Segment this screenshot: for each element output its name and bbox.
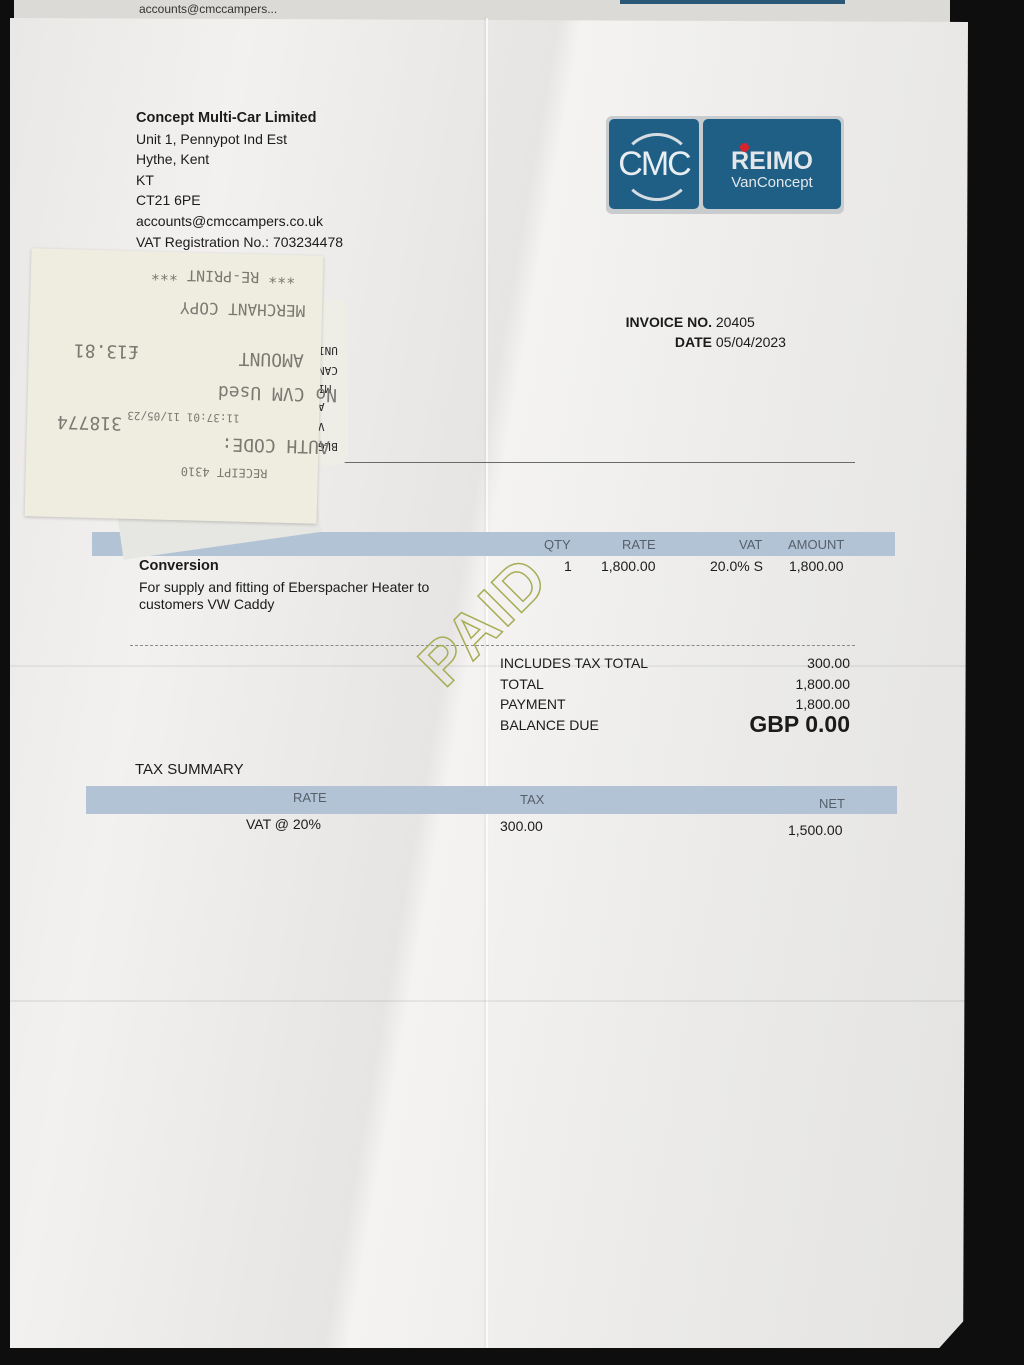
- includes-tax-value: 300.00: [807, 655, 850, 671]
- back-sheet-logo-edge: [620, 0, 845, 4]
- total-label: TOTAL: [500, 676, 544, 692]
- company-block: Concept Multi-Car Limited Unit 1, Pennyp…: [136, 108, 343, 252]
- header-vat: VAT: [739, 537, 762, 552]
- company-name: Concept Multi-Car Limited: [136, 108, 343, 129]
- divider-line: [340, 462, 855, 463]
- receipt-amount-label: AMOUNT: [238, 348, 304, 371]
- balance-value: GBP 0.00: [749, 711, 850, 738]
- tax-summary-header: RATE TAX NET: [86, 786, 897, 814]
- fold-crease-vertical: [486, 18, 488, 1348]
- item-title: Conversion: [139, 558, 219, 574]
- side-slip-line-4: CAN: [318, 364, 338, 377]
- tax-summary-title: TAX SUMMARY: [135, 761, 244, 778]
- cmc-logo: CMC: [609, 119, 699, 209]
- address-line-1: Unit 1, Pennypot Ind Est: [136, 129, 343, 150]
- tax-header-net: NET: [819, 796, 845, 811]
- invoice-number-value: 20405: [716, 314, 755, 330]
- reimo-title: REIMO: [703, 147, 841, 176]
- card-receipt: *** RE-PRINT *** MERCHANT COPY AMOUNT £1…: [25, 248, 324, 524]
- header-rate: RATE: [622, 537, 656, 552]
- invoice-number: INVOICE NO. 20405: [620, 314, 755, 330]
- address-line-3: KT: [136, 170, 343, 191]
- cmc-ring-icon: [621, 133, 693, 201]
- item-vat: 20.0% S: [710, 558, 763, 574]
- receipt-amount-value: £13.81: [74, 339, 140, 362]
- total-value: 1,800.00: [796, 676, 851, 692]
- back-sheet-text: accounts@cmccampers...: [139, 2, 277, 16]
- invoice-date: DATE 05/04/2023: [620, 334, 786, 350]
- header-amount: AMOUNT: [788, 537, 844, 552]
- address-line-2: Hythe, Kent: [136, 149, 343, 170]
- receipt-number: RECEIPT 4310: [181, 464, 268, 480]
- includes-tax-label: INCLUDES TAX TOTAL: [500, 655, 648, 671]
- balance-row: BALANCE DUE GBP 0.00: [500, 717, 850, 738]
- payment-label: PAYMENT: [500, 696, 566, 712]
- red-dot-icon: [740, 143, 749, 152]
- company-logo: CMC REIMO VanConcept: [606, 116, 844, 214]
- item-description: For supply and fitting of Eberspacher He…: [139, 579, 459, 613]
- tax-row-rate: VAT @ 20%: [246, 816, 321, 832]
- invoice-date-label: DATE: [620, 334, 712, 350]
- tax-row-net: 1,500.00: [788, 822, 843, 838]
- fold-crease-horizontal: [10, 1000, 968, 1002]
- receipt-merchant-copy: MERCHANT COPY: [180, 298, 306, 320]
- header-qty: QTY: [544, 537, 571, 552]
- invoice-number-label: INVOICE NO.: [620, 314, 712, 330]
- receipt-reprint: *** RE-PRINT ***: [151, 265, 296, 287]
- address-line-4: CT21 6PE: [136, 190, 343, 211]
- includes-tax-row: INCLUDES TAX TOTAL 300.00: [500, 655, 850, 676]
- totals-block: INCLUDES TAX TOTAL 300.00 TOTAL 1,800.00…: [500, 655, 850, 737]
- reimo-logo: REIMO VanConcept: [703, 119, 841, 209]
- vat-registration: VAT Registration No.: 703234478: [136, 232, 343, 253]
- tax-header-rate: RATE: [293, 790, 327, 805]
- reimo-subtitle: VanConcept: [703, 174, 841, 191]
- tax-row-tax: 300.00: [500, 818, 543, 834]
- invoice-date-value: 05/04/2023: [716, 334, 786, 350]
- item-amount: 1,800.00: [789, 558, 844, 574]
- item-rate: 1,800.00: [601, 558, 656, 574]
- receipt-timestamp: 11:37:01 11/05/23: [127, 409, 240, 425]
- tax-header-tax: TAX: [520, 792, 544, 807]
- company-email: accounts@cmccampers.co.uk: [136, 211, 343, 232]
- total-row: TOTAL 1,800.00: [500, 676, 850, 697]
- receipt-auth-label: AUTH CODE:: [221, 433, 330, 457]
- item-qty: 1: [564, 558, 572, 574]
- receipt-cvm: No CVM Used: [218, 381, 338, 405]
- balance-label: BALANCE DUE: [500, 717, 599, 733]
- receipt-auth-code: 318774: [57, 411, 123, 434]
